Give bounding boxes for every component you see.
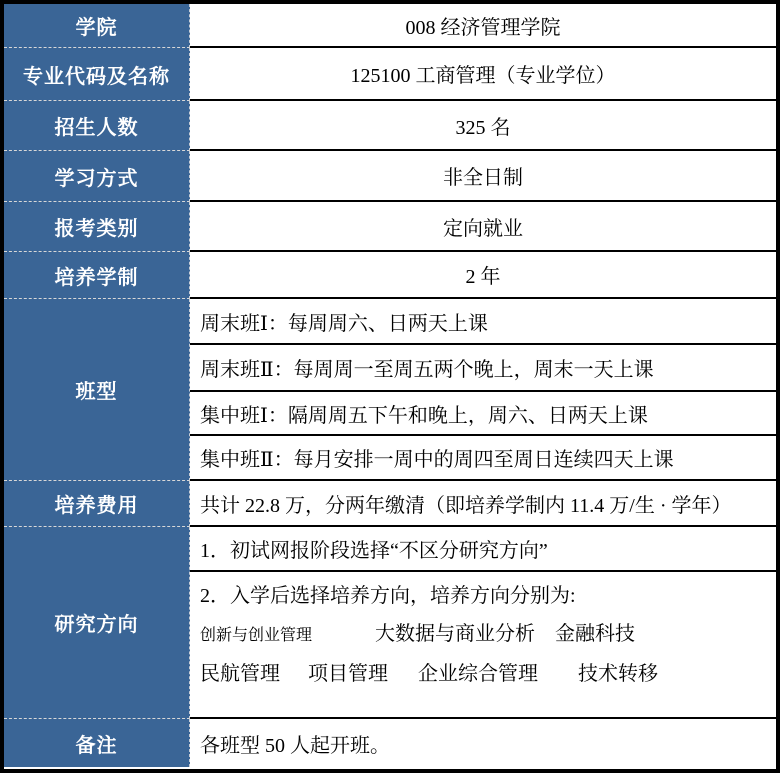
research-point-2: 2．入学后选择培养方向，培养方向分别为: 创新与创业管理 大数据与商业分析 金融…: [190, 572, 776, 719]
research-field-fintech: 金融科技: [555, 623, 635, 645]
row-apply-category: 报考类别 定向就业: [4, 202, 776, 252]
research-field-project: 项目管理: [308, 663, 388, 685]
college-label: 学院: [4, 4, 190, 48]
duration-value: 2 年: [190, 252, 776, 299]
study-mode-value: 非全日制: [190, 151, 776, 202]
class-type-label: 班型: [4, 299, 190, 481]
college-value: 008 经济管理学院: [190, 4, 776, 48]
row-college: 学院 008 经济管理学院: [4, 4, 776, 48]
research-field-enterprise: 企业综合管理: [418, 663, 538, 685]
research-fields-line-1: 创新与创业管理 大数据与商业分析 金融科技: [200, 615, 766, 655]
admissions-info-table: 学院 008 经济管理学院 专业代码及名称 125100 工商管理（专业学位） …: [0, 0, 780, 773]
research-direction-items: 1．初试网报阶段选择“不区分研究方向” 2．入学后选择培养方向，培养方向分别为:…: [190, 527, 776, 719]
class-type-item-weekend-2: 周末班Ⅱ：每周周一至周五两个晚上，周末一天上课: [190, 345, 776, 392]
row-enrollment: 招生人数 325 名: [4, 101, 776, 151]
row-research-direction: 研究方向 1．初试网报阶段选择“不区分研究方向” 2．入学后选择培养方向，培养方…: [4, 527, 776, 719]
enrollment-label: 招生人数: [4, 101, 190, 151]
row-duration: 培养学制 2 年: [4, 252, 776, 299]
major-code-name-value: 125100 工商管理（专业学位）: [190, 48, 776, 101]
research-point-1: 1．初试网报阶段选择“不区分研究方向”: [190, 527, 776, 572]
row-study-mode: 学习方式 非全日制: [4, 151, 776, 202]
research-field-innovation: 创新与创业管理: [200, 627, 312, 644]
class-type-item-weekend-1: 周末班Ⅰ：每周周六、日两天上课: [190, 299, 776, 345]
tuition-value: 共计 22.8 万，分两年缴清（即培养学制内 11.4 万/生 · 学年）: [190, 481, 776, 527]
class-type-item-intensive-2: 集中班Ⅱ：每月安排一周中的周四至周日连续四天上课: [190, 436, 776, 481]
row-major-code-name: 专业代码及名称 125100 工商管理（专业学位）: [4, 48, 776, 101]
remarks-label: 备注: [4, 719, 190, 767]
row-class-type: 班型 周末班Ⅰ：每周周六、日两天上课 周末班Ⅱ：每周周一至周五两个晚上，周末一天…: [4, 299, 776, 481]
apply-category-label: 报考类别: [4, 202, 190, 252]
row-tuition: 培养费用 共计 22.8 万，分两年缴清（即培养学制内 11.4 万/生 · 学…: [4, 481, 776, 527]
tuition-label: 培养费用: [4, 481, 190, 527]
class-type-item-intensive-1: 集中班Ⅰ：隔周周五下午和晚上，周六、日两天上课: [190, 392, 776, 436]
study-mode-label: 学习方式: [4, 151, 190, 202]
duration-label: 培养学制: [4, 252, 190, 299]
research-fields-line-2: 民航管理 项目管理 企业综合管理 技术转移: [200, 655, 766, 693]
research-field-bigdata: 大数据与商业分析: [375, 623, 535, 645]
apply-category-value: 定向就业: [190, 202, 776, 252]
research-field-aviation: 民航管理: [200, 663, 280, 685]
enrollment-value: 325 名: [190, 101, 776, 151]
class-type-items: 周末班Ⅰ：每周周六、日两天上课 周末班Ⅱ：每周周一至周五两个晚上，周末一天上课 …: [190, 299, 776, 481]
row-remarks: 备注 各班型 50 人起开班。: [4, 719, 776, 767]
research-field-techtransfer: 技术转移: [578, 663, 658, 685]
research-direction-label: 研究方向: [4, 527, 190, 719]
remarks-value: 各班型 50 人起开班。: [190, 719, 776, 767]
research-point-2-intro: 2．入学后选择培养方向，培养方向分别为:: [200, 577, 766, 615]
major-code-name-label: 专业代码及名称: [4, 48, 190, 101]
